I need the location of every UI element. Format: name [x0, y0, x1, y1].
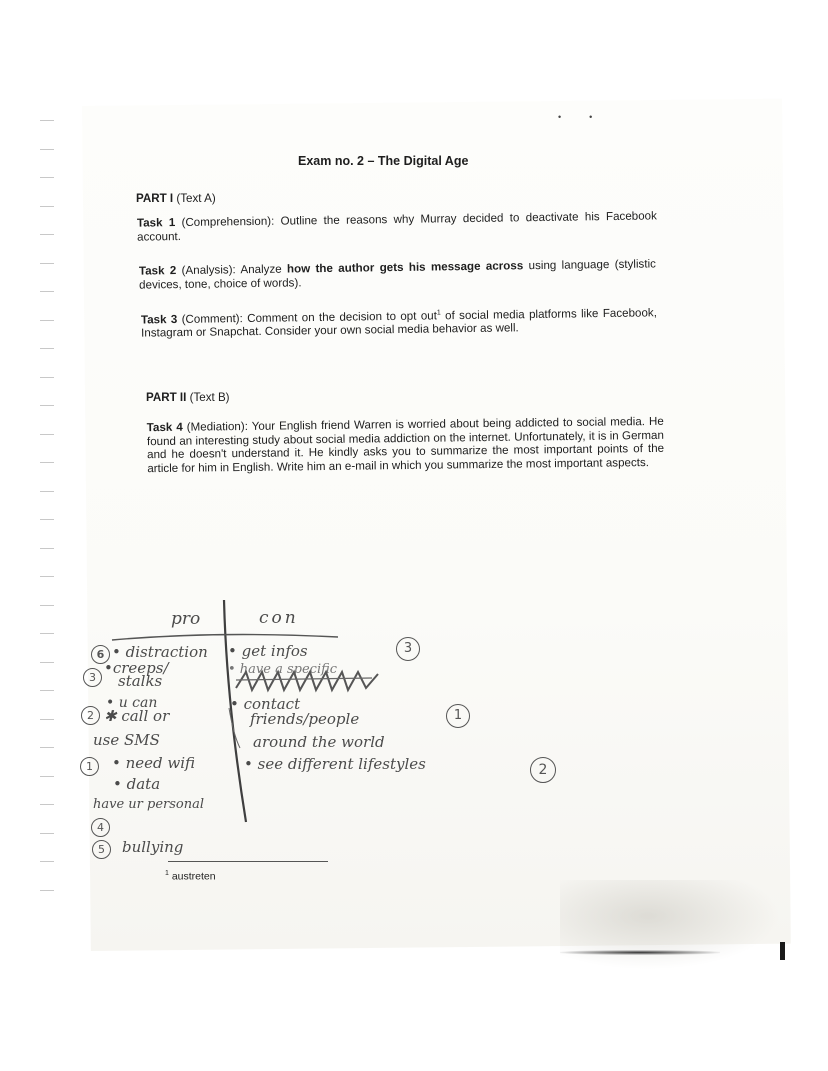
rank-badge: 4 [91, 818, 110, 837]
pro-item-distraction: • distraction [112, 645, 208, 660]
pro-item-call-or: ✱ call or [104, 709, 169, 724]
rank-badge: 3 [83, 668, 102, 687]
rank-badge: 1 [446, 704, 470, 728]
rank-badge: 5 [92, 840, 111, 859]
pro-item-data: • data [113, 777, 160, 792]
tcharts-lines [0, 0, 828, 1071]
pro-item-need-wifi: • need wifi [112, 756, 195, 771]
con-header: con [259, 611, 299, 626]
pro-item-bullying: bullying [122, 840, 183, 855]
con-item-friends-people: friends/people [250, 712, 359, 727]
footnote-rule [168, 861, 328, 862]
con-item-lifestyles: • see different lifestyles [244, 757, 426, 772]
crossed-out-scribble [232, 666, 382, 694]
rank-badge: 3 [396, 637, 420, 661]
footnote: 1 austreten [165, 870, 216, 883]
pro-item-stalks: stalks [118, 674, 162, 689]
con-item-get-infos: • get infos [228, 644, 308, 659]
pro-item-personal: have ur personal [93, 797, 204, 812]
rank-badge: 2 [81, 706, 100, 725]
con-item-around-the-world: around the world [253, 735, 385, 750]
footnote-text: austreten [169, 871, 216, 883]
rank-badge: 2 [530, 757, 556, 783]
pro-item-use-sms: use SMS [93, 733, 160, 748]
pro-header: pro [171, 612, 200, 627]
rank-badge: 1 [80, 757, 99, 776]
